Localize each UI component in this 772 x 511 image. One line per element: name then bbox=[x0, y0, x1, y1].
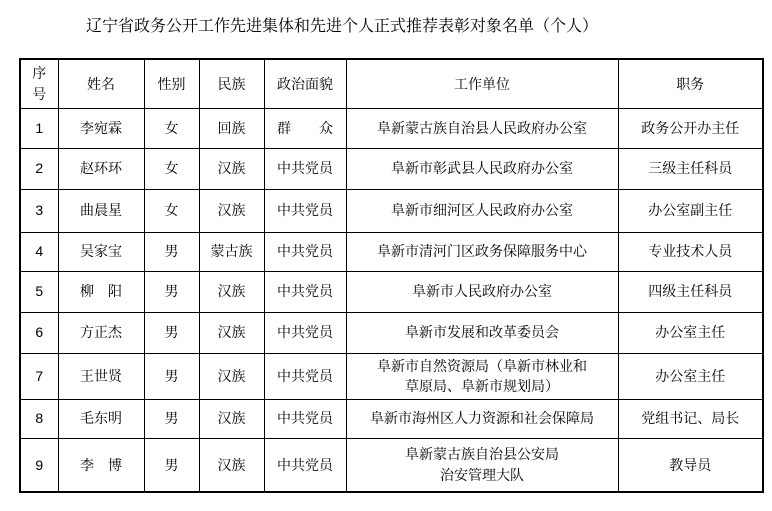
cell-position: 教导员 bbox=[618, 438, 763, 492]
cell-sex: 男 bbox=[144, 232, 199, 271]
table-row: 1 李宛霖 女 回族 群 众 阜新蒙古族自治县人民政府办公室 政务公开办主任 bbox=[20, 108, 763, 148]
cell-name: 方正杰 bbox=[58, 312, 144, 353]
table-row: 3 曲晨星 女 汉族 中共党员 阜新市细河区人民政府办公室 办公室副主任 bbox=[20, 189, 763, 232]
document-page: 辽宁省政务公开工作先进集体和先进个人正式推荐表彰对象名单（个人） 序 号 姓名 … bbox=[0, 0, 772, 511]
cell-name: 吴家宝 bbox=[58, 232, 144, 271]
header-row: 序 号 姓名 性别 民族 政治面貌 工作单位 职务 bbox=[20, 59, 763, 108]
page-title: 辽宁省政务公开工作先进集体和先进个人正式推荐表彰对象名单（个人） bbox=[86, 13, 598, 36]
cell-no: 8 bbox=[20, 399, 58, 438]
cell-work-unit: 阜新蒙古族自治县人民政府办公室 bbox=[346, 108, 618, 148]
cell-work-unit: 阜新蒙古族自治县公安局 治安管理大队 bbox=[346, 438, 618, 492]
column-header-ethnicity: 民族 bbox=[199, 59, 264, 108]
cell-work-unit: 阜新市彰武县人民政府办公室 bbox=[346, 148, 618, 189]
cell-ethnicity: 汉族 bbox=[199, 271, 264, 312]
cell-sex: 女 bbox=[144, 189, 199, 232]
column-header-sex: 性别 bbox=[144, 59, 199, 108]
cell-work-unit: 阜新市发展和改革委员会 bbox=[346, 312, 618, 353]
column-header-position: 职务 bbox=[618, 59, 763, 108]
cell-no: 7 bbox=[20, 353, 58, 399]
cell-no: 6 bbox=[20, 312, 58, 353]
cell-sex: 女 bbox=[144, 148, 199, 189]
table-row: 2 赵环环 女 汉族 中共党员 阜新市彰武县人民政府办公室 三级主任科员 bbox=[20, 148, 763, 189]
cell-work-unit: 阜新市细河区人民政府办公室 bbox=[346, 189, 618, 232]
table-row: 5 柳 阳 男 汉族 中共党员 阜新市人民政府办公室 四级主任科员 bbox=[20, 271, 763, 312]
cell-work-unit: 阜新市自然资源局（阜新市林业和 草原局、阜新市规划局） bbox=[346, 353, 618, 399]
cell-no: 5 bbox=[20, 271, 58, 312]
cell-sex: 男 bbox=[144, 312, 199, 353]
table-row: 4 吴家宝 男 蒙古族 中共党员 阜新市清河门区政务保障服务中心 专业技术人员 bbox=[20, 232, 763, 271]
cell-position: 四级主任科员 bbox=[618, 271, 763, 312]
cell-no: 9 bbox=[20, 438, 58, 492]
column-header-work-unit: 工作单位 bbox=[346, 59, 618, 108]
cell-name: 王世贤 bbox=[58, 353, 144, 399]
table-row: 8 毛东明 男 汉族 中共党员 阜新市海州区人力资源和社会保障局 党组书记、局长 bbox=[20, 399, 763, 438]
roster-table: 序 号 姓名 性别 民族 政治面貌 工作单位 职务 1 李宛霖 女 回族 群 众… bbox=[19, 58, 764, 493]
cell-no: 3 bbox=[20, 189, 58, 232]
cell-political: 群 众 bbox=[264, 108, 346, 148]
cell-sex: 女 bbox=[144, 108, 199, 148]
cell-ethnicity: 汉族 bbox=[199, 353, 264, 399]
cell-work-unit: 阜新市海州区人力资源和社会保障局 bbox=[346, 399, 618, 438]
cell-name: 李 博 bbox=[58, 438, 144, 492]
cell-no: 4 bbox=[20, 232, 58, 271]
cell-name: 赵环环 bbox=[58, 148, 144, 189]
cell-position: 专业技术人员 bbox=[618, 232, 763, 271]
cell-position: 党组书记、局长 bbox=[618, 399, 763, 438]
cell-sex: 男 bbox=[144, 271, 199, 312]
cell-political: 中共党员 bbox=[264, 148, 346, 189]
cell-name: 柳 阳 bbox=[58, 271, 144, 312]
cell-ethnicity: 汉族 bbox=[199, 438, 264, 492]
cell-political: 中共党员 bbox=[264, 353, 346, 399]
cell-position: 办公室主任 bbox=[618, 312, 763, 353]
cell-ethnicity: 汉族 bbox=[199, 189, 264, 232]
cell-work-unit: 阜新市人民政府办公室 bbox=[346, 271, 618, 312]
cell-no: 1 bbox=[20, 108, 58, 148]
cell-no: 2 bbox=[20, 148, 58, 189]
column-header-name: 姓名 bbox=[58, 59, 144, 108]
column-header-no: 序 号 bbox=[20, 59, 58, 108]
cell-political: 中共党员 bbox=[264, 232, 346, 271]
cell-political: 中共党员 bbox=[264, 189, 346, 232]
table-row: 9 李 博 男 汉族 中共党员 阜新蒙古族自治县公安局 治安管理大队 教导员 bbox=[20, 438, 763, 492]
cell-ethnicity: 蒙古族 bbox=[199, 232, 264, 271]
cell-position: 三级主任科员 bbox=[618, 148, 763, 189]
cell-ethnicity: 汉族 bbox=[199, 148, 264, 189]
column-header-political: 政治面貌 bbox=[264, 59, 346, 108]
cell-ethnicity: 回族 bbox=[199, 108, 264, 148]
cell-ethnicity: 汉族 bbox=[199, 312, 264, 353]
table-row: 7 王世贤 男 汉族 中共党员 阜新市自然资源局（阜新市林业和 草原局、阜新市规… bbox=[20, 353, 763, 399]
cell-political: 中共党员 bbox=[264, 399, 346, 438]
cell-name: 李宛霖 bbox=[58, 108, 144, 148]
cell-political: 中共党员 bbox=[264, 271, 346, 312]
cell-work-unit: 阜新市清河门区政务保障服务中心 bbox=[346, 232, 618, 271]
cell-name: 毛东明 bbox=[58, 399, 144, 438]
cell-sex: 男 bbox=[144, 399, 199, 438]
cell-position: 政务公开办主任 bbox=[618, 108, 763, 148]
cell-position: 办公室副主任 bbox=[618, 189, 763, 232]
cell-name: 曲晨星 bbox=[58, 189, 144, 232]
cell-sex: 男 bbox=[144, 438, 199, 492]
cell-political: 中共党员 bbox=[264, 438, 346, 492]
cell-position: 办公室主任 bbox=[618, 353, 763, 399]
cell-ethnicity: 汉族 bbox=[199, 399, 264, 438]
cell-sex: 男 bbox=[144, 353, 199, 399]
table-row: 6 方正杰 男 汉族 中共党员 阜新市发展和改革委员会 办公室主任 bbox=[20, 312, 763, 353]
cell-political: 中共党员 bbox=[264, 312, 346, 353]
